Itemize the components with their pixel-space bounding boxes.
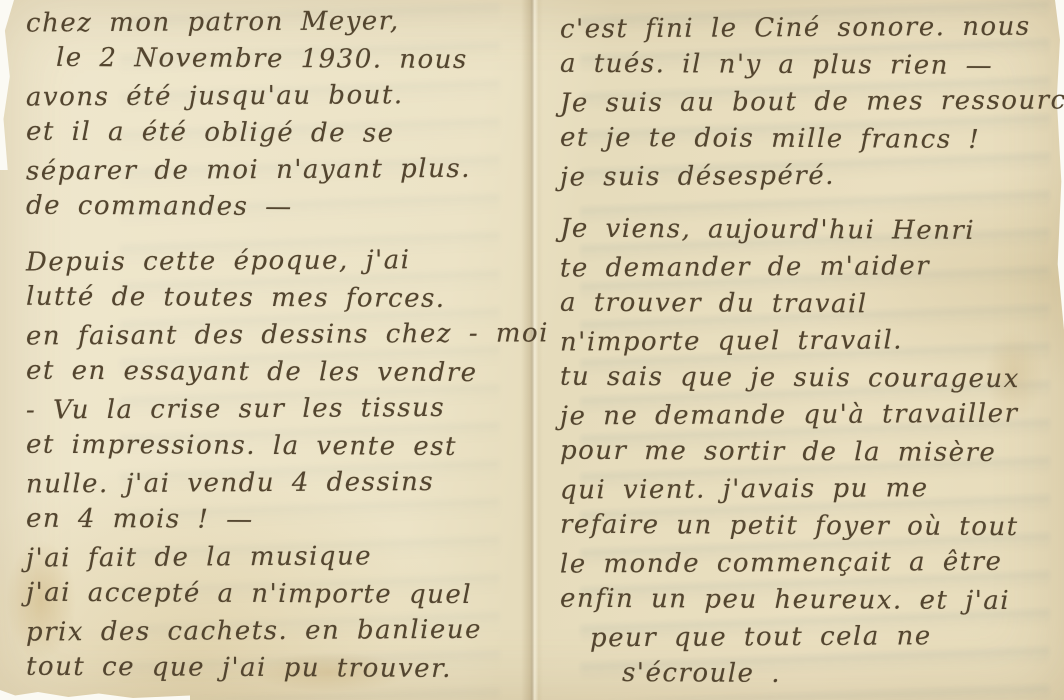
letter-line: pour me sortir de la misère [560,433,1054,473]
letter-line: enfin un peu heureux. et j'ai [560,581,1054,621]
letter-line: j'ai accepté a n'importe quel [26,575,522,615]
letter-line: je suis désespéré. [560,156,1054,196]
letter-line: lutté de toutes mes forces. [26,279,522,319]
letter-line: tout ce que j'ai pu trouver. [26,649,522,689]
letter-sheet: chez mon patron Meyer,le 2 Novembre 1930… [0,0,1064,700]
letter-line: en 4 mois ! — [26,501,522,541]
letter-line: avons été jusqu'au bout. [26,76,522,116]
torn-edge-right [1055,0,1064,330]
letter-line: en faisant des dessins chez - moi [26,315,522,355]
letter-line: chez mon patron Meyer, [26,2,522,42]
letter-line: et impressions. la vente est [26,427,522,467]
letter-line: je ne demande qu'à travailler [560,395,1054,435]
letter-line: a tués. il n'y a plus rien — [560,46,1054,86]
letter-line: prix des cachets. en banlieue [26,611,522,651]
letter-line: s'écroule . [560,655,1054,695]
letter-line: c'est fini le Ciné sonore. nous [560,8,1054,48]
letter-line: qui vient. j'avais pu me [560,469,1054,509]
letter-line: et je te dois mille francs ! [560,120,1054,160]
letter-line: tu sais que je suis courageux [560,359,1054,399]
letter-line: Je viens, aujourd'hui Henri [560,211,1054,251]
letter-line: Je suis au bout de mes ressources [560,82,1054,122]
letter-line: n'importe quel travail. [560,321,1054,361]
letter-line: et en essayant de les vendre [26,353,522,393]
letter-line: nulle. j'ai vendu 4 dessins [26,463,522,503]
letter-line: a trouver du travail [560,285,1054,325]
letter-page-right: c'est fini le Ciné sonore. nousa tués. i… [560,10,1054,693]
letter-line: le monde commençait a être [560,543,1054,583]
letter-line: le 2 Novembre 1930. nous [26,40,522,80]
center-fold-crease [521,0,543,700]
letter-line: - Vu la crise sur les tissus [26,389,522,429]
letter-line: refaire un petit foyer où tout [560,507,1054,547]
letter-line: séparer de moi n'ayant plus. [26,150,522,190]
letter-line: et il a été obligé de se [26,114,522,154]
letter-line: j'ai fait de la musique [26,537,522,577]
letter-page-left: chez mon patron Meyer,le 2 Novembre 1930… [26,4,522,687]
letter-line: te demander de m'aider [560,247,1054,287]
torn-edge-bottom-left [0,690,190,700]
letter-line: Depuis cette époque, j'ai [26,241,522,281]
letter-line: peur que tout cela ne [560,617,1054,657]
letter-line: de commandes — [26,188,522,228]
torn-edge-top-left [0,0,14,170]
